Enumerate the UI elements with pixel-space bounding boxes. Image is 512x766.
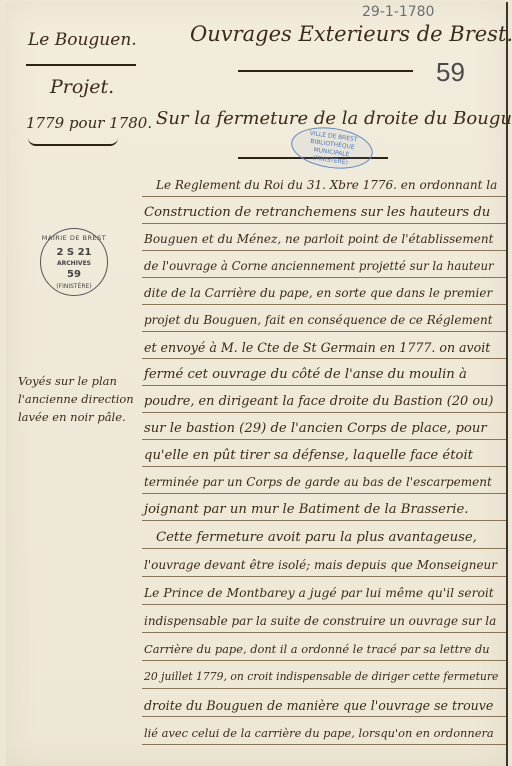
- body-line: l'ouvrage devant être isolé; mais depuis…: [144, 558, 497, 572]
- manuscript-page: 29-1-1780 Le Bouguen. Projet. 1779 pour …: [6, 2, 508, 766]
- archives-stamp: MAIRIE DE BREST 2 S 21 ARCHIVES 59 (FINI…: [40, 228, 108, 296]
- ruled-line: [142, 412, 506, 413]
- body-line: lié avec celui de la carrière du pape, l…: [144, 726, 494, 740]
- subtitle: Sur la fermeture de la droite du Bouguen…: [156, 108, 512, 129]
- ruled-line: [142, 385, 506, 386]
- body-line: fermé cet ouvrage du côté de l'anse du m…: [144, 367, 467, 382]
- ruled-line: [142, 196, 506, 197]
- body-line: de l'ouvrage à Corne anciennement projet…: [144, 259, 494, 273]
- folio-number: 59: [436, 57, 465, 88]
- main-title: Ouvrages Exterieurs de Brest.: [190, 22, 512, 46]
- ruled-line: [142, 632, 506, 633]
- ruled-line: [142, 548, 506, 549]
- body-line: projet du Bouguen, fait en conséquence d…: [144, 313, 493, 327]
- body-line: dite de la Carrière du pape, en sorte qu…: [144, 286, 492, 300]
- ruled-line: [142, 439, 506, 440]
- main-title-rule: [238, 70, 413, 72]
- stamp-center-line: ARCHIVES: [41, 258, 107, 269]
- body-line: Le Reglement du Roi du 31. Xbre 1776. en…: [156, 178, 497, 192]
- body-line: 20 juillet 1779, on croit indispensable …: [144, 670, 498, 683]
- body-line: Cette fermeture avoit paru la plus avant…: [156, 530, 477, 545]
- stamp-center-line: 59: [41, 269, 107, 280]
- ruled-line: [142, 604, 506, 605]
- body-line: Construction de retranchemens sur les ha…: [144, 205, 490, 220]
- body-line: indispensable par la suite de construire…: [144, 614, 496, 628]
- body-line: et envoyé à M. le Cte de St Germain en 1…: [144, 340, 490, 355]
- left-header-label: Projet.: [50, 76, 114, 98]
- ruled-line: [142, 466, 506, 467]
- margin-note-line: l'ancienne direction: [18, 392, 134, 406]
- ruled-line: [142, 358, 506, 359]
- body-line: terminée par un Corps de garde au bas de…: [144, 475, 492, 489]
- pencil-date-annotation: 29-1-1780: [362, 4, 434, 20]
- ruled-line: [142, 716, 506, 717]
- ruled-line: [142, 744, 506, 745]
- ruled-line: [142, 520, 506, 521]
- ruled-line: [142, 493, 506, 494]
- left-header-rule: [26, 64, 136, 66]
- ruled-line: [142, 331, 506, 332]
- ruled-line: [142, 688, 506, 689]
- stamp-center-line: 2 S 21: [41, 247, 107, 258]
- body-line: sur le bastion (29) de l'ancien Corps de…: [144, 421, 487, 436]
- stamp-ring-top: MAIRIE DE BREST: [41, 234, 107, 242]
- body-line: poudre, en dirigeant la face droite du B…: [144, 394, 493, 409]
- ruled-line: [142, 304, 506, 305]
- left-header-years: 1779 pour 1780.: [26, 114, 152, 132]
- body-line: Carrière du pape, dont il a ordonné le t…: [144, 642, 490, 656]
- left-header-brace: [28, 134, 118, 146]
- body-line: Bouguen et du Ménez, ne parloit point de…: [144, 232, 493, 246]
- body-line: joignant par un mur le Batiment de la Br…: [144, 502, 469, 517]
- body-line: qu'elle en pût tirer sa défense, laquell…: [144, 448, 473, 463]
- ruled-line: [142, 576, 506, 577]
- body-line: droite du Bouguen de manière que l'ouvra…: [144, 698, 493, 713]
- margin-note-line: Voyés sur le plan: [18, 374, 117, 388]
- library-stamp: VILLE DE BREST BIBLIOTHÈQUE MUNICIPALE (…: [289, 122, 376, 173]
- body-line: Le Prince de Montbarey a jugé par lui mê…: [144, 586, 494, 600]
- stamp-center: 2 S 21 ARCHIVES 59: [41, 247, 107, 280]
- stamp-ring-bottom: (FINISTÈRE): [41, 283, 107, 290]
- left-header-place: Le Bouguen.: [28, 30, 137, 50]
- ruled-line: [142, 223, 506, 224]
- ruled-line: [142, 277, 506, 278]
- ruled-line: [142, 250, 506, 251]
- margin-note-line: lavée en noir pâle.: [18, 410, 126, 424]
- ruled-line: [142, 660, 506, 661]
